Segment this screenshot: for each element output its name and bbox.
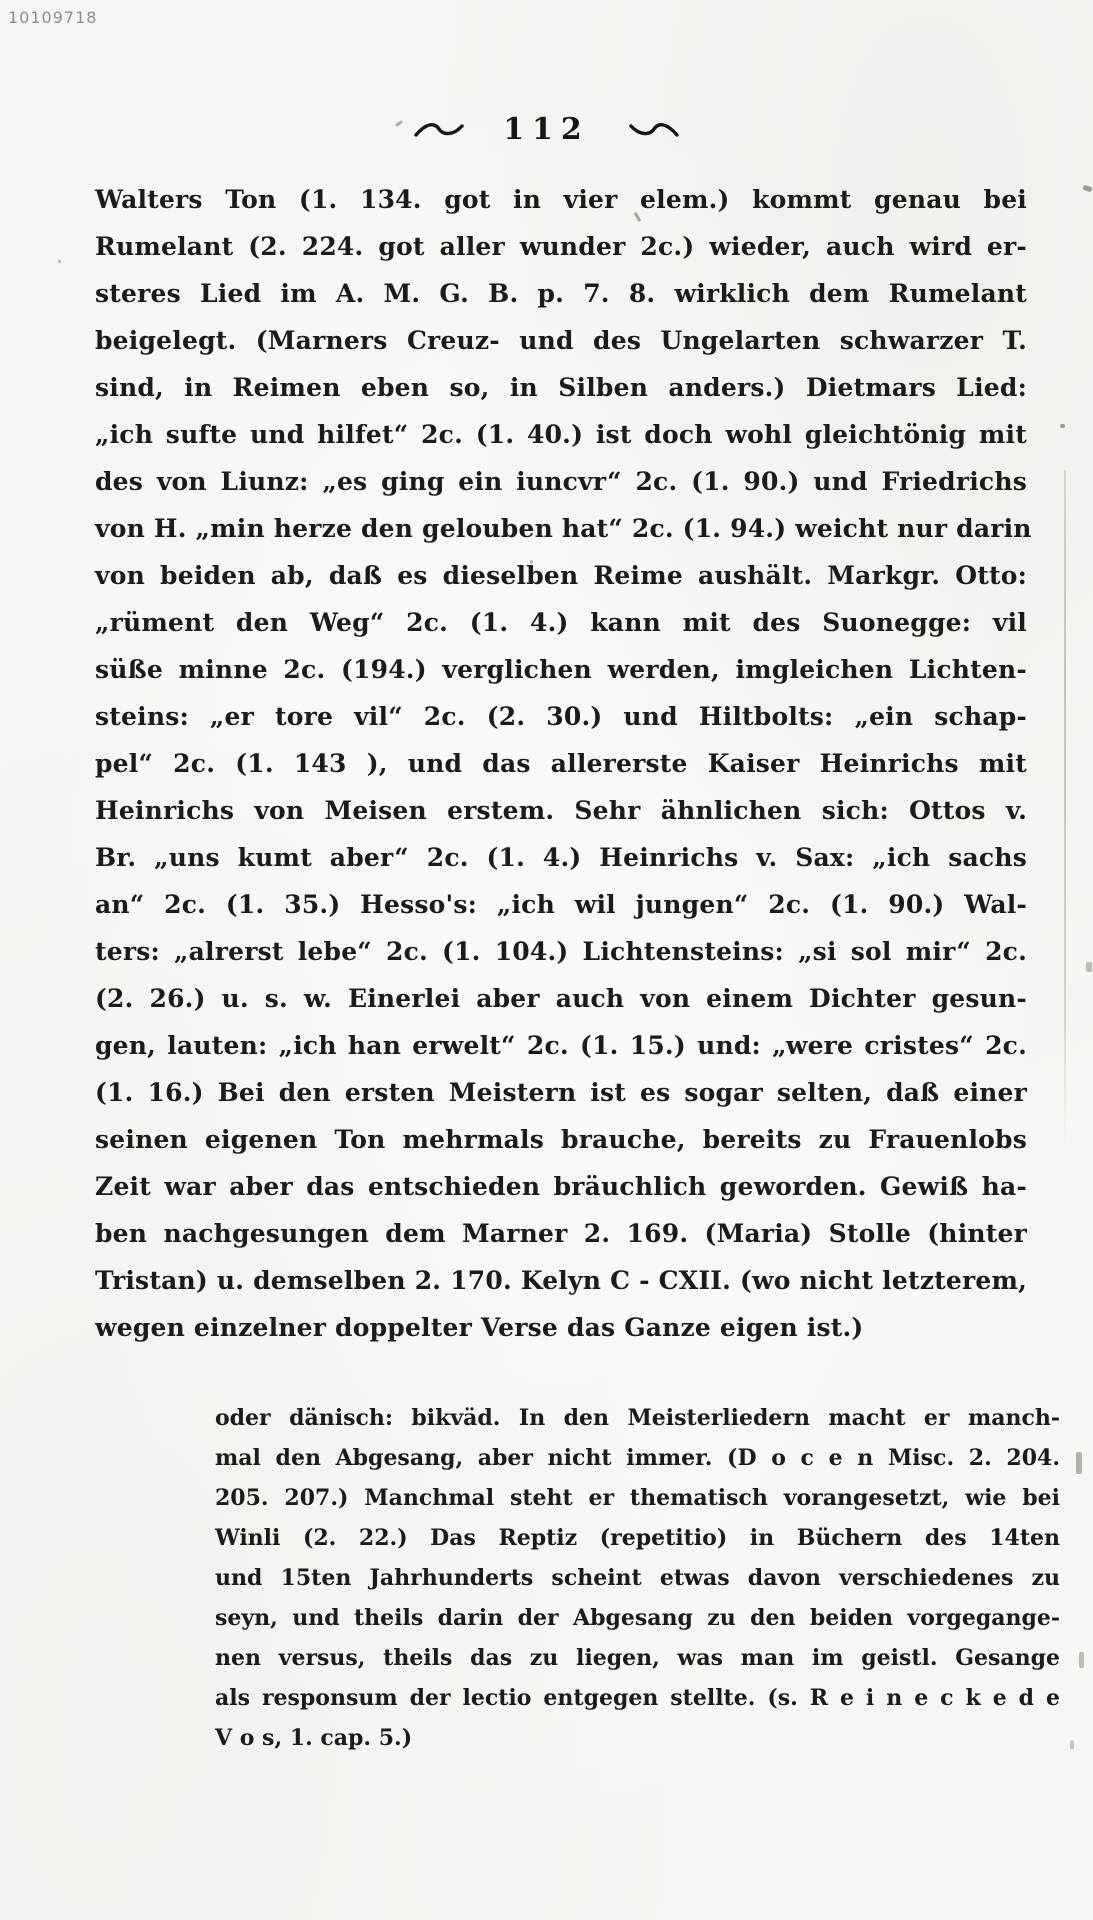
footnote-line: mal den Abgesang, aber nicht immer. (D o…: [215, 1438, 1060, 1478]
scan-speck: [1086, 962, 1092, 972]
scan-speck: [58, 260, 61, 263]
text-line: sind, in Reimen eben so, in Silben ander…: [95, 364, 1027, 411]
text-line: (2. 26.) u. s. w. Einerlei aber auch von…: [95, 975, 1027, 1022]
footnote-line: nen versus, theils das zu liegen, was ma…: [215, 1638, 1060, 1678]
main-text-block: Walters Ton (1. 134. got in vier elem.) …: [95, 176, 1027, 1351]
footnote-line: oder dänisch: bikväd. In den Meisterlied…: [215, 1398, 1060, 1438]
text-line: süße minne 2c. (194.) verglichen werden,…: [95, 646, 1027, 693]
footnote-line: V o s, 1. cap. 5.): [215, 1718, 1060, 1758]
text-line: gen, lauten: „ich han erwelt“ 2c. (1. 15…: [95, 1022, 1027, 1069]
text-line: pel“ 2c. (1. 143 ), und das allererste K…: [95, 740, 1027, 787]
text-line: ben nachgesungen dem Marner 2. 169. (Mar…: [95, 1210, 1027, 1257]
scan-speck: [530, 560, 533, 564]
text-line: „rüment den Weg“ 2c. (1. 4.) kann mit de…: [95, 599, 1027, 646]
scan-speck: [1076, 1452, 1082, 1474]
page-number: 112: [503, 112, 590, 147]
text-line: ters: „alrerst lebe“ 2c. (1. 104.) Licht…: [95, 928, 1027, 975]
footnote-line: und 15ten Jahrhunderts scheint etwas dav…: [215, 1558, 1060, 1598]
swash-ornament-right-icon: [628, 120, 680, 140]
footnote-line: seyn, und theils darin der Abgesang zu d…: [215, 1598, 1060, 1638]
text-line: beigelegt. (Marners Creuz- und des Ungel…: [95, 317, 1027, 364]
text-line: steins: „er tore vil“ 2c. (2. 30.) und H…: [95, 693, 1027, 740]
scan-speck: [1082, 185, 1092, 193]
swash-ornament-left-icon: [413, 120, 465, 140]
footnote-line: 205. 207.) Manchmal steht er thematisch …: [215, 1478, 1060, 1518]
text-line: Zeit war aber das entschieden bräuchlich…: [95, 1163, 1027, 1210]
scan-speck: [1060, 424, 1065, 428]
text-line: (1. 16.) Bei den ersten Meistern ist es …: [95, 1069, 1027, 1116]
text-line: des von Liunz: „es ging ein iuncvr“ 2c. …: [95, 458, 1027, 505]
text-line: „ich sufte und hilfet“ 2c. (1. 40.) ist …: [95, 411, 1027, 458]
text-line: an“ 2c. (1. 35.) Hesso's: „ich wil junge…: [95, 881, 1027, 928]
footnote-line: Winli (2. 22.) Das Reptiz (repetitio) in…: [215, 1518, 1060, 1558]
scan-edge-line: [1064, 470, 1066, 1150]
text-line: Rumelant (2. 224. got aller wunder 2c.) …: [95, 223, 1027, 270]
text-line: Br. „uns kumt aber“ 2c. (1. 4.) Heinrich…: [95, 834, 1027, 881]
footnote-line: als responsum der lectio entgegen stellt…: [215, 1678, 1060, 1718]
text-line: von beiden ab, daß es dieselben Reime au…: [95, 552, 1027, 599]
text-line: Heinrichs von Meisen erstem. Sehr ähnlic…: [95, 787, 1027, 834]
text-line: steres Lied im A. M. G. B. p. 7. 8. wirk…: [95, 270, 1027, 317]
scan-speck: [1070, 1740, 1074, 1749]
page-header: 112: [0, 112, 1093, 147]
footnote-block: oder dänisch: bikväd. In den Meisterlied…: [215, 1398, 1060, 1758]
scan-id-watermark: 10109718: [8, 8, 97, 27]
text-line: wegen einzelner doppelter Verse das Ganz…: [95, 1304, 1027, 1351]
text-line: Tristan) u. demselben 2. 170. Kelyn C - …: [95, 1257, 1027, 1304]
text-line: seinen eigenen Ton mehrmals brauche, ber…: [95, 1116, 1027, 1163]
scanned-book-page: 10109718 112 Walters Ton (1. 134. got in…: [0, 0, 1093, 1920]
text-line: Walters Ton (1. 134. got in vier elem.) …: [95, 176, 1027, 223]
scan-speck: [1079, 1652, 1084, 1668]
text-line: von H. „min herze den gelouben hat“ 2c. …: [95, 505, 1027, 552]
